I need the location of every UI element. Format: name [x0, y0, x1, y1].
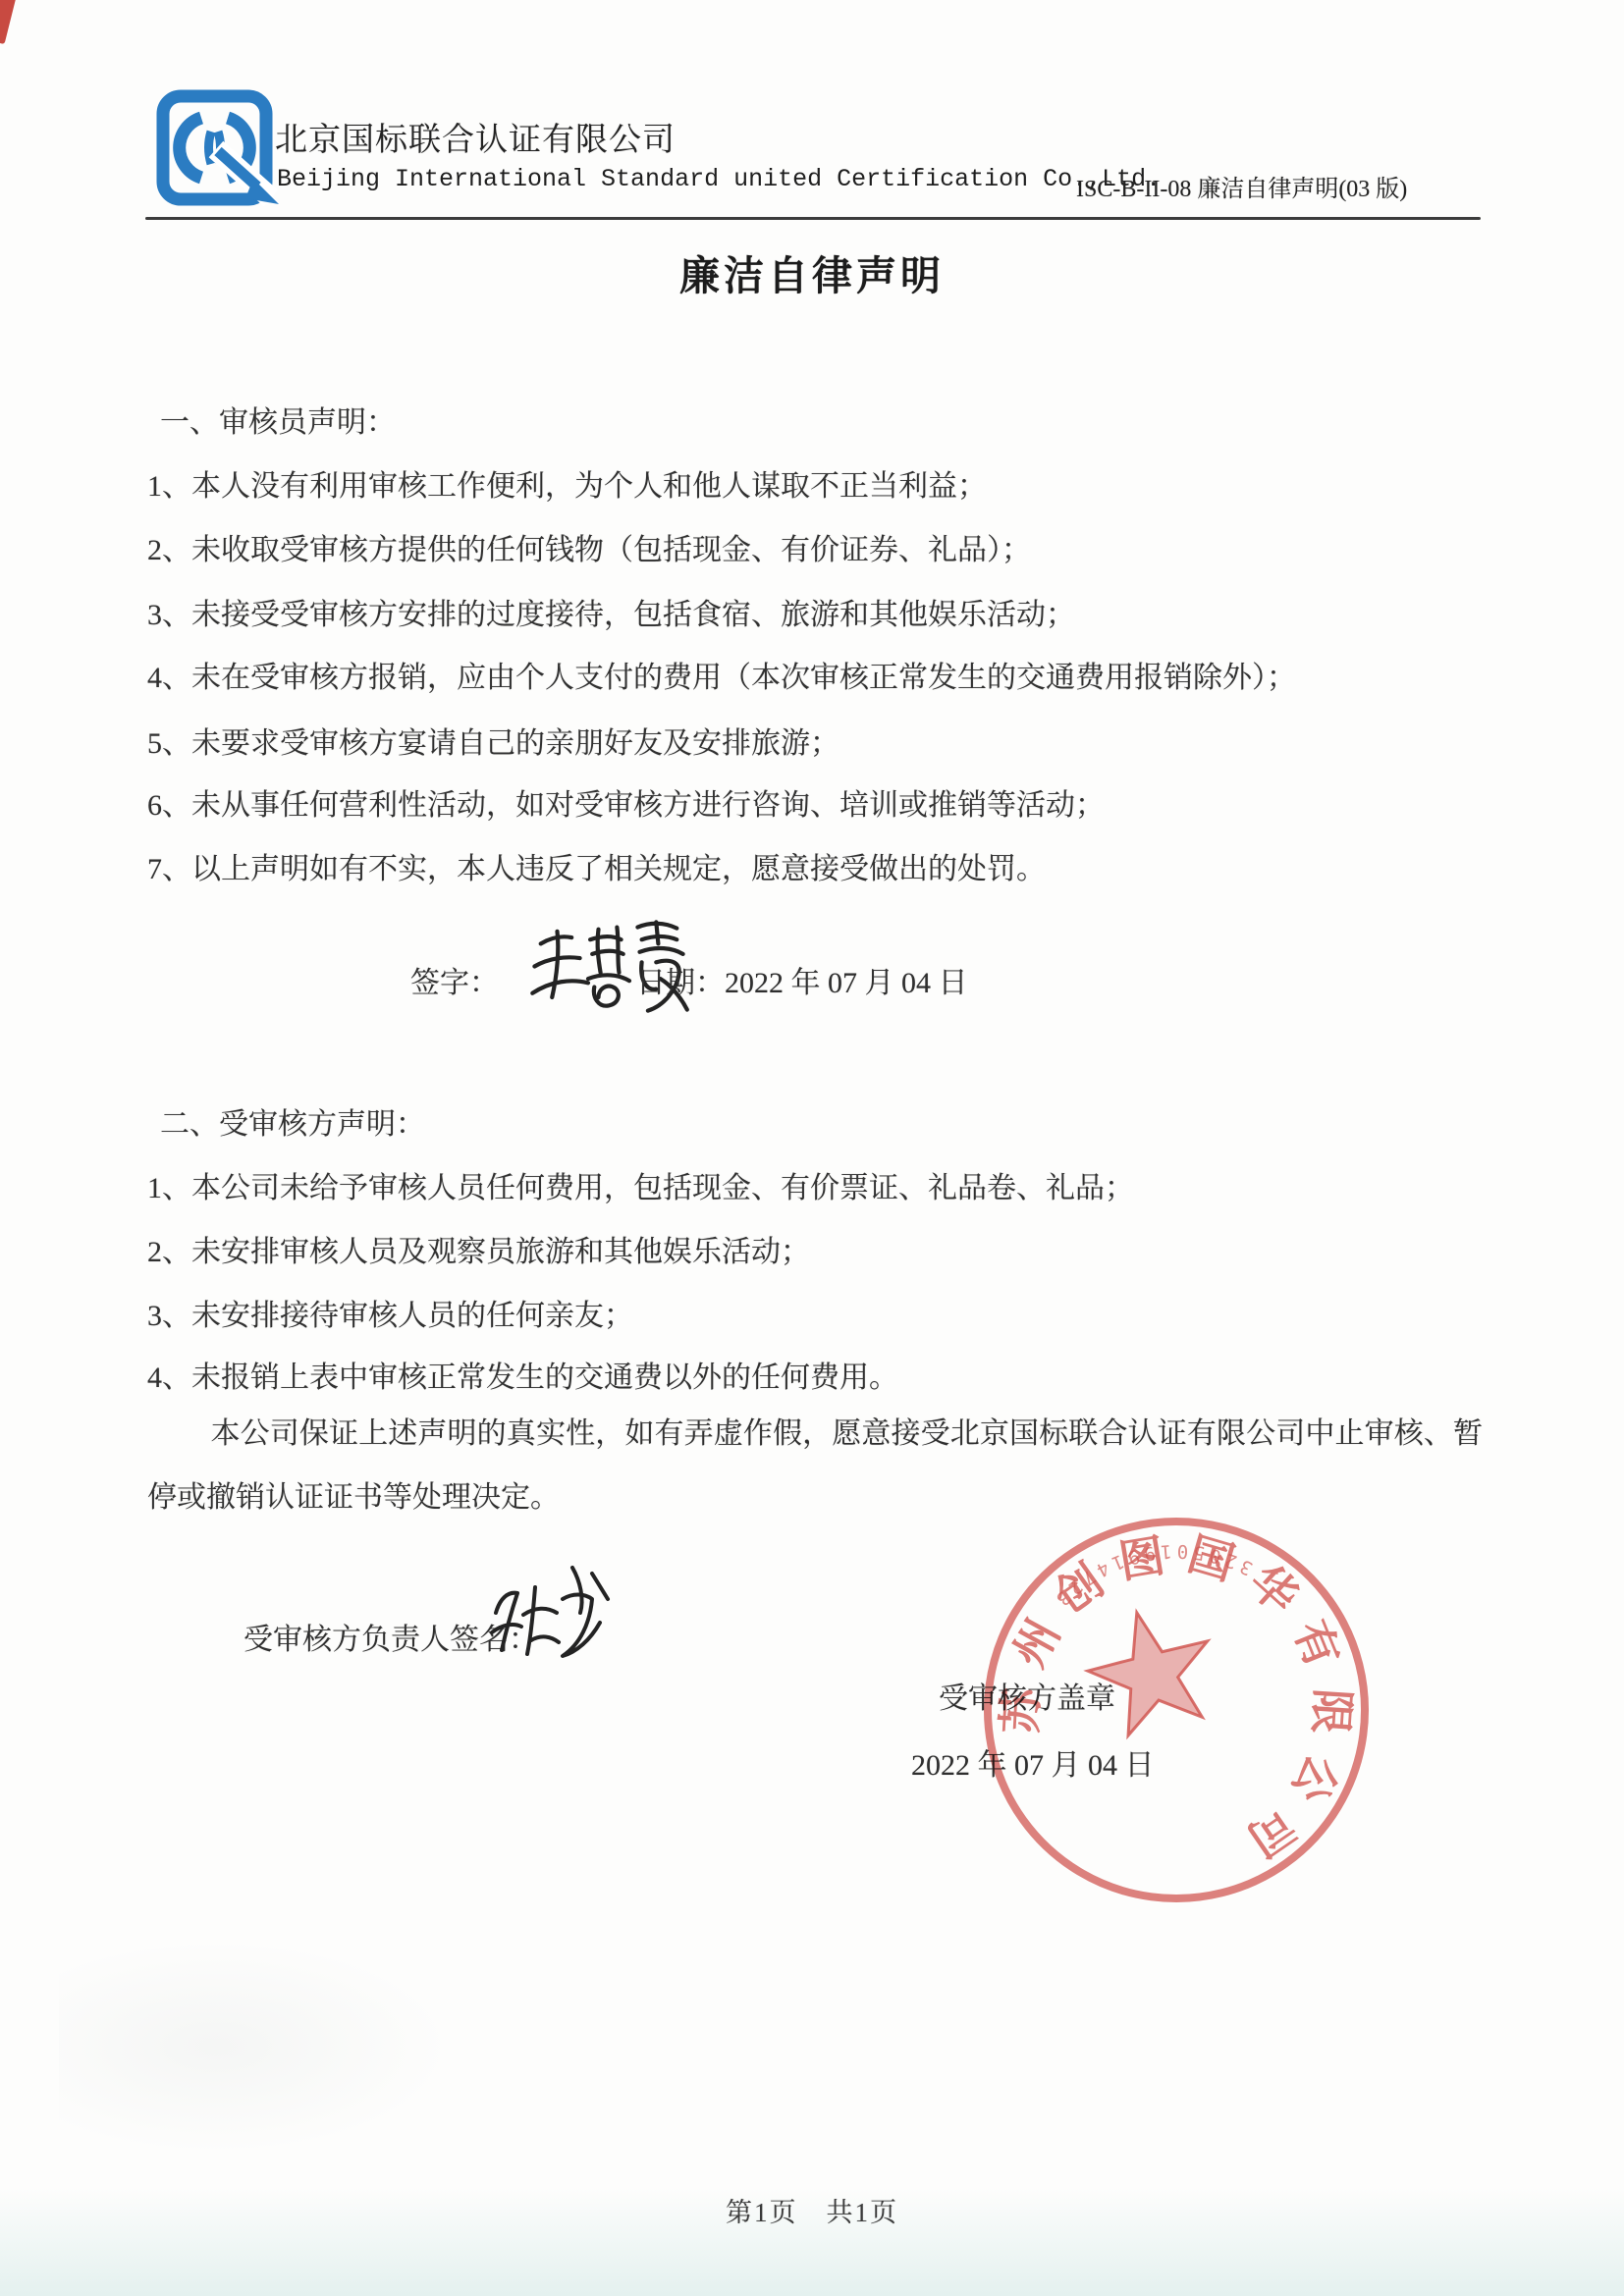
section2-item-2: 2、未安排审核人员及观察员旅游和其他娱乐活动； [147, 1227, 810, 1270]
section1-item-7: 7、以上声明如有不实，本人违反了相关规定，愿意接受做出的处罚。 [147, 844, 1046, 887]
company-name-cn: 北京国标联合认证有限公司 [275, 114, 676, 160]
page-footer: 第1页 共1页 [0, 2191, 1624, 2229]
header-divider [145, 217, 1481, 220]
section1-item-1: 1、本人没有利用审核工作便利，为个人和他人谋取不正当利益； [147, 461, 987, 505]
seal-star-icon [1077, 1598, 1225, 1741]
doc-code: ISC-B-II-08 廉洁自律声明(03 版) [1076, 169, 1407, 203]
document-page: 北京国标联合认证有限公司 Beijing International Stand… [0, 0, 1624, 2296]
section1-item-6: 6、未从事任何营利性活动，如对受审核方进行咨询、培训或推销等活动； [147, 780, 1105, 824]
sign-date: 日期：2022 年 07 月 04 日 [636, 958, 968, 1001]
company-seal-stamp: 苏州创图国华有限公司 3205019914723 [926, 1460, 1426, 1959]
section2-heading: 二、受审核方声明： [160, 1099, 425, 1143]
section1-item-4: 4、未在受审核方报销，应由个人支付的费用（本次审核正常发生的交通费用报销除外）； [147, 653, 1296, 696]
section1-item-5: 5、未要求受审核方宴请自己的亲朋好友及安排旅游； [147, 719, 839, 762]
company-name-en: Beijing International Standard united Ce… [277, 165, 1161, 193]
handwritten-signature-responsible [478, 1556, 616, 1674]
section1-item-2: 2、未收取受审核方提供的任何钱物（包括现金、有价证券、礼品）； [147, 525, 1031, 568]
scan-red-mark [0, 0, 17, 44]
section1-item-3: 3、未接受受审核方安排的过度接待，包括食宿、旅游和其他娱乐活动； [147, 590, 1075, 633]
section2-item-1: 1、本公司未给予审核人员任何费用，包括现金、有价票证、礼品卷、礼品； [147, 1163, 1134, 1206]
page-title: 廉洁自律声明 [0, 243, 1624, 301]
section1-heading: 一、审核员声明： [160, 398, 396, 441]
section2-item-3: 3、未安排接待审核人员的任何亲友； [147, 1291, 633, 1334]
sign-label: 签字： [410, 958, 499, 1001]
scan-shadow [59, 1939, 452, 2155]
company-logo-icon [155, 88, 293, 211]
section2-item-4: 4、未报销上表中审核正常发生的交通费以外的任何费用。 [147, 1353, 898, 1396]
